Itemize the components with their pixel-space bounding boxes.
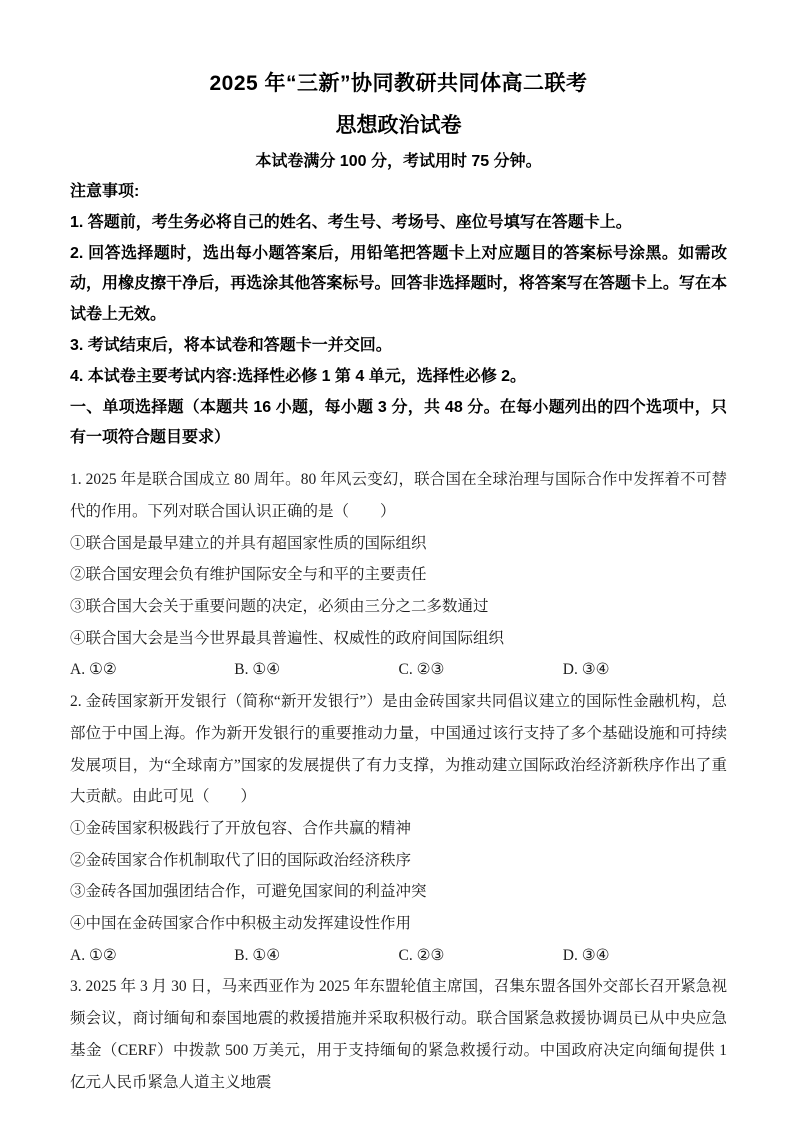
question-2-item-1: ①金砖国家积极践行了开放包容、合作共赢的精神 xyxy=(70,813,727,845)
question-2-item-4: ④中国在金砖国家合作中积极主动发挥建设性作用 xyxy=(70,908,727,940)
notice-item-4: 4. 本试卷主要考试内容:选择性必修 1 第 4 单元，选择性必修 2。 xyxy=(70,362,727,393)
question-2-stem: 2. 金砖国家新开发银行（简称“新开发银行”）是由金砖国家共同倡议建立的国际性金… xyxy=(70,686,727,813)
notice-item-2: 2. 回答选择题时，选出每小题答案后，用铅笔把答题卡上对应题目的答案标号涂黑。如… xyxy=(70,239,727,331)
question-2-option-b: B. ①④ xyxy=(234,940,398,972)
question-3: 3. 2025 年 3 月 30 日，马来西亚作为 2025 年东盟轮值主席国，… xyxy=(70,971,727,1098)
question-2-item-2: ②金砖国家合作机制取代了旧的国际政治经济秩序 xyxy=(70,845,727,877)
question-1-option-b: B. ①④ xyxy=(234,654,398,686)
question-1-option-a: A. ①② xyxy=(70,654,234,686)
exam-paper-page: 2025 年“三新”协同教研共同体高二联考 思想政治试卷 本试卷满分 100 分… xyxy=(0,0,794,1123)
question-1-item-1: ①联合国是最早建立的并具有超国家性质的国际组织 xyxy=(70,528,727,560)
question-1-option-c: C. ②③ xyxy=(399,654,563,686)
exam-subtitle: 思想政治试卷 xyxy=(70,105,727,147)
notice-item-1: 1. 答题前，考生务必将自己的姓名、考生号、考场号、座位号填写在答题卡上。 xyxy=(70,208,727,239)
question-2-option-c: C. ②③ xyxy=(399,940,563,972)
notice-heading: 注意事项: xyxy=(70,177,727,208)
question-1-options: A. ①② B. ①④ C. ②③ D. ③④ xyxy=(70,654,727,686)
question-1-item-4: ④联合国大会是当今世界最具普遍性、权威性的政府间国际组织 xyxy=(70,623,727,655)
question-1-option-d: D. ③④ xyxy=(563,654,727,686)
question-list: 1. 2025 年是联合国成立 80 周年。80 年风云变幻，联合国在全球治理与… xyxy=(70,464,727,1098)
question-1: 1. 2025 年是联合国成立 80 周年。80 年风云变幻，联合国在全球治理与… xyxy=(70,464,727,686)
question-2-option-d: D. ③④ xyxy=(563,940,727,972)
question-1-item-3: ③联合国大会关于重要问题的决定，必须由三分之二多数通过 xyxy=(70,591,727,623)
question-2-options: A. ①② B. ①④ C. ②③ D. ③④ xyxy=(70,940,727,972)
question-1-stem: 1. 2025 年是联合国成立 80 周年。80 年风云变幻，联合国在全球治理与… xyxy=(70,464,727,527)
question-3-stem: 3. 2025 年 3 月 30 日，马来西亚作为 2025 年东盟轮值主席国，… xyxy=(70,971,727,1098)
exam-title: 2025 年“三新”协同教研共同体高二联考 xyxy=(70,63,727,105)
notice-item-3: 3. 考试结束后，将本试卷和答题卡一并交回。 xyxy=(70,331,727,362)
section-1-heading: 一、单项选择题（本题共 16 小题，每小题 3 分，共 48 分。在每小题列出的… xyxy=(70,393,727,455)
question-2: 2. 金砖国家新开发银行（简称“新开发银行”）是由金砖国家共同倡议建立的国际性金… xyxy=(70,686,727,971)
exam-info-line: 本试卷满分 100 分，考试用时 75 分钟。 xyxy=(70,147,727,177)
notice-section: 注意事项: 1. 答题前，考生务必将自己的姓名、考生号、考场号、座位号填写在答题… xyxy=(70,177,727,393)
question-1-item-2: ②联合国安理会负有维护国际安全与和平的主要责任 xyxy=(70,559,727,591)
question-2-option-a: A. ①② xyxy=(70,940,234,972)
question-2-item-3: ③金砖各国加强团结合作，可避免国家间的利益冲突 xyxy=(70,876,727,908)
